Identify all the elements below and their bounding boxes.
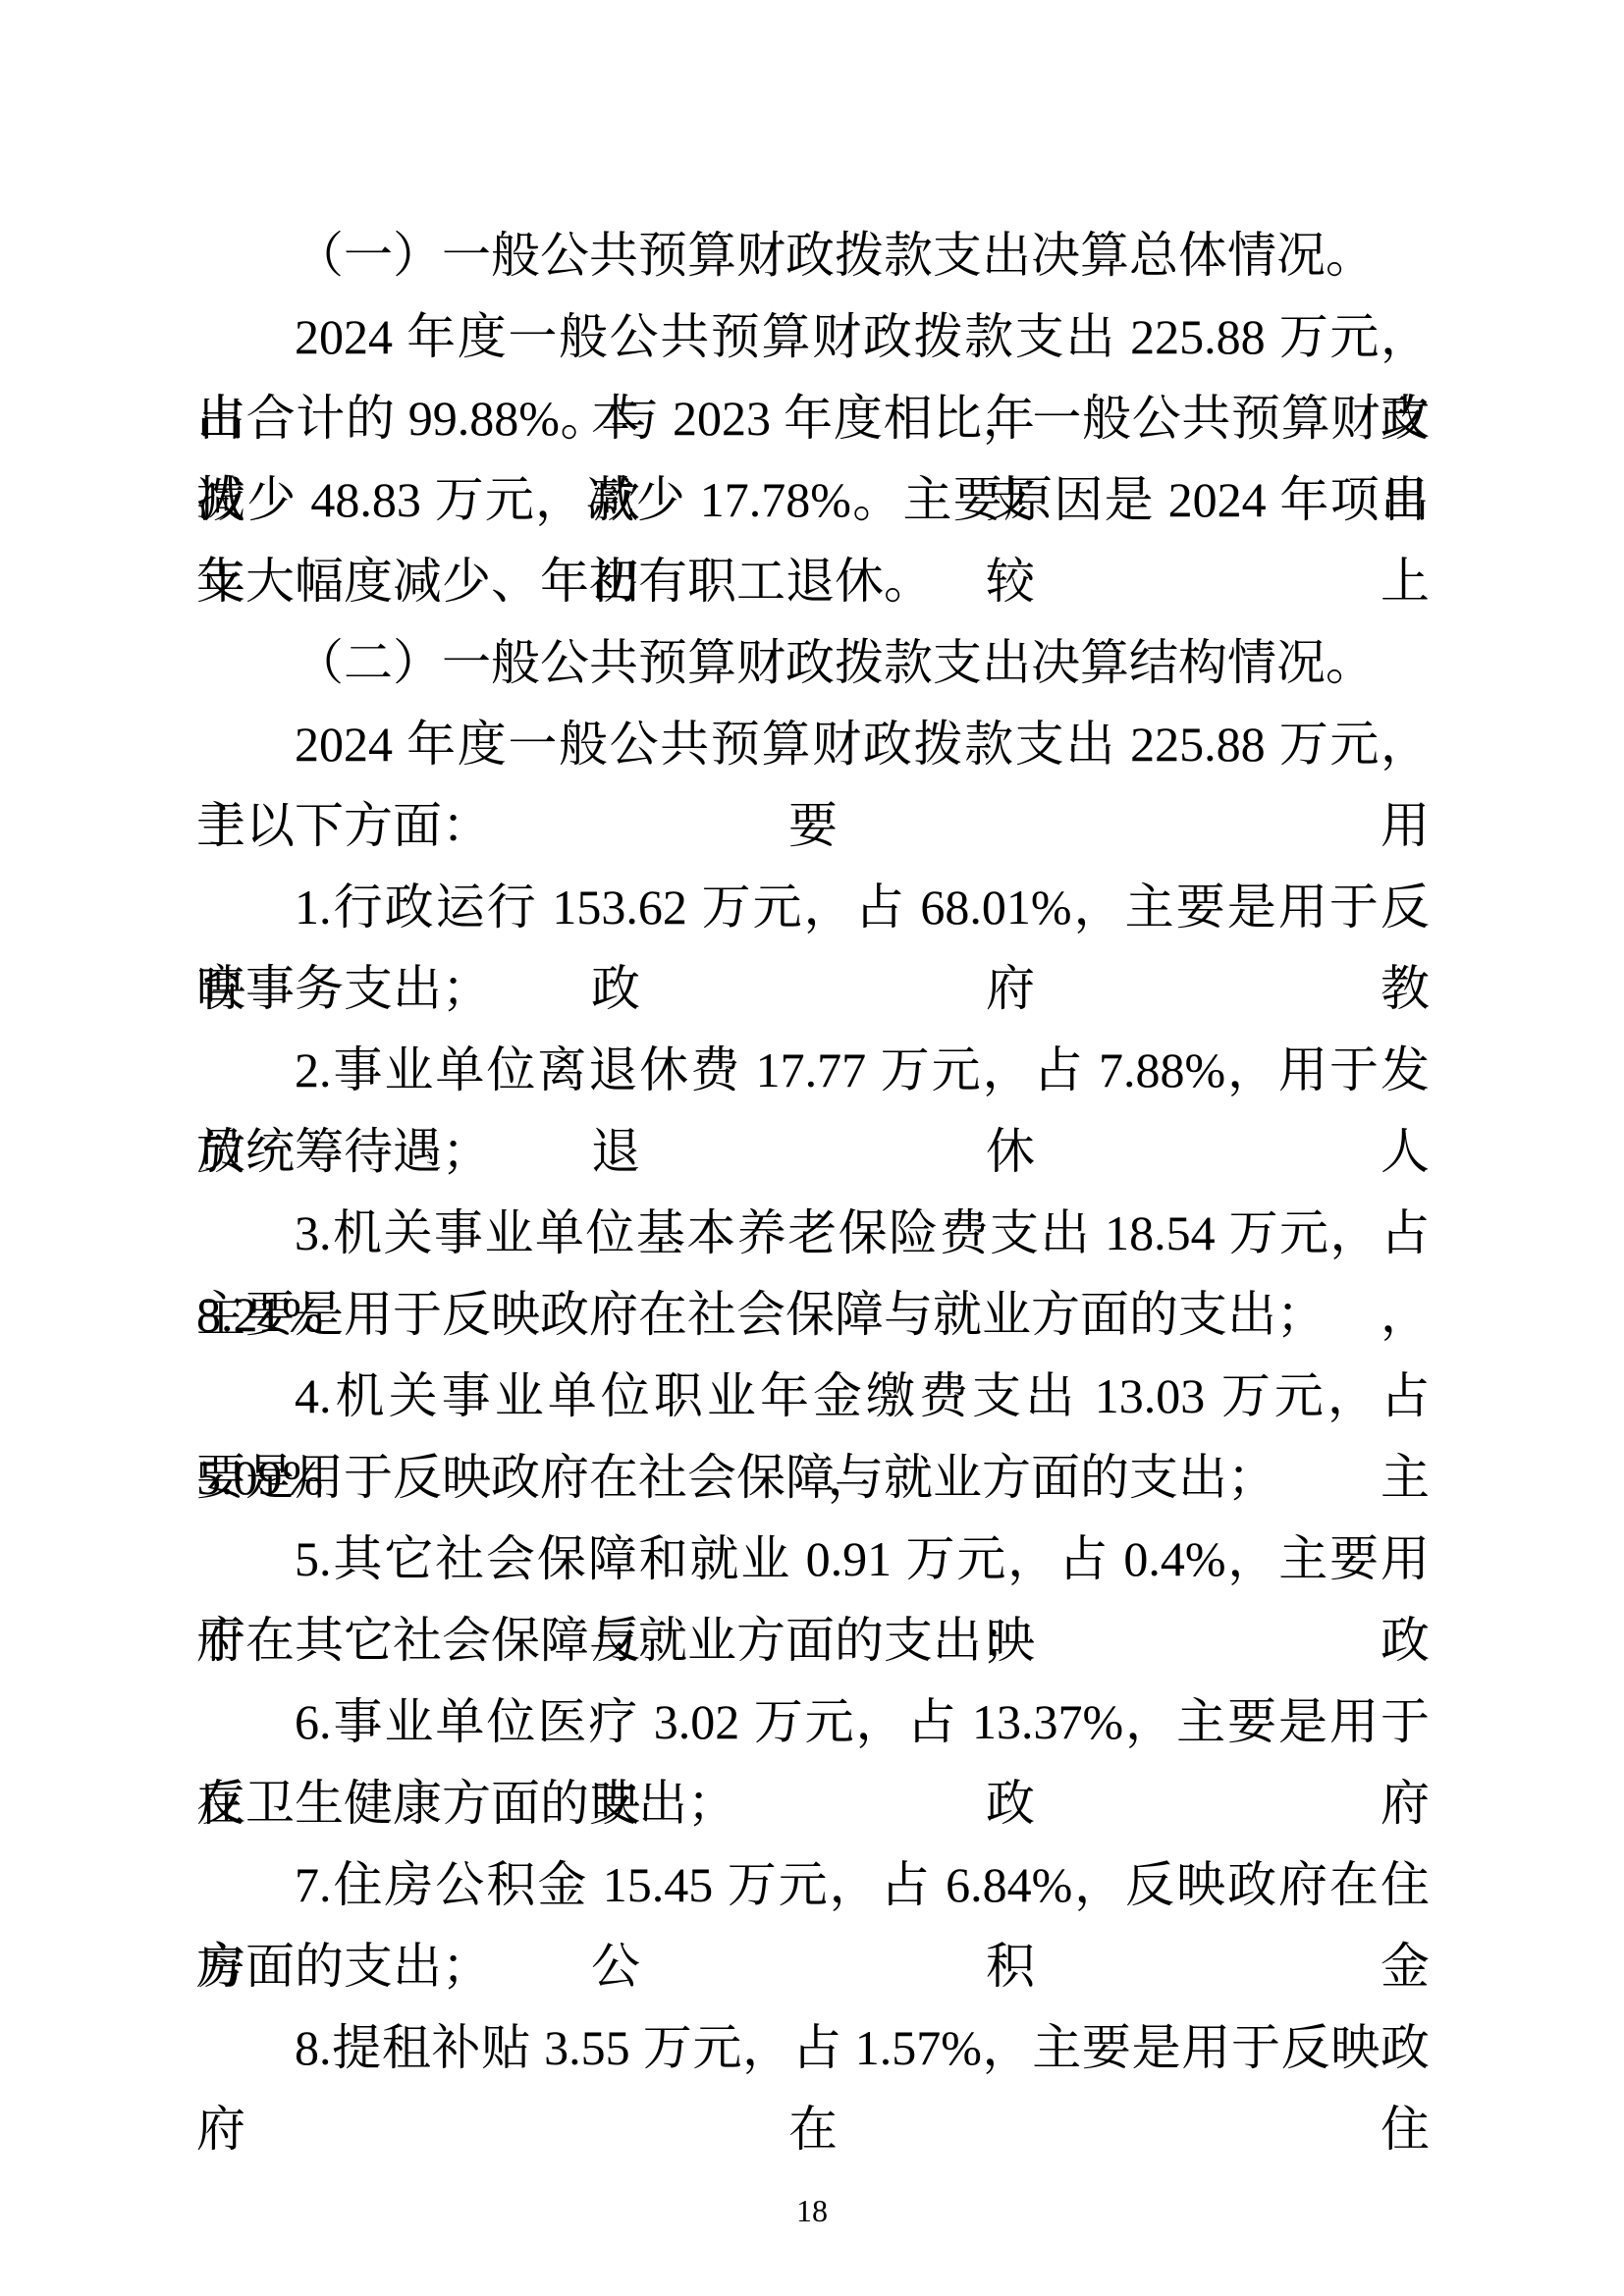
list-item-3-line: 3.机关事业单位基本养老保险费支出 18.54 万元，占 8.21%， [196, 1193, 1430, 1274]
list-item-6-line: 6.事业单位医疗 3.02 万元，占 13.37%，主要是用于反映政府 [196, 1682, 1430, 1763]
text-line: 出合计的 99.88%。与 2023 年度相比，一般公共预算财政拨款支出 [196, 378, 1430, 459]
document-page: （一）一般公共预算财政拨款支出决算总体情况。 2024 年度一般公共预算财政拨款… [0, 0, 1624, 2296]
text-line: 2024 年度一般公共预算财政拨款支出 225.88 万元，主要用 [196, 704, 1430, 785]
list-item-1-line: 1.行政运行 153.62 万元，占 68.01%，主要是用于反映政府教 [196, 867, 1430, 948]
section-heading-2: （二）一般公共预算财政拨款支出决算结构情况。 [196, 622, 1430, 704]
list-item-5-line: 5.其它社会保障和就业 0.91 万元，占 0.4%，主要用于反映政 [196, 1519, 1430, 1600]
list-item-4-line: 要是用于反映政府在社会保障与就业方面的支出； [196, 1437, 1430, 1519]
page-number: 18 [0, 2191, 1624, 2230]
list-item-2-line: 2.事业单位离退休费 17.77 万元，占 7.88%，用于发放退休人 [196, 1030, 1430, 1111]
list-item-4-line: 4.机关事业单位职业年金缴费支出 13.03 万元，占 5.09%，主 [196, 1356, 1430, 1437]
list-item-8-line: 8.提租补贴 3.55 万元，占 1.57%，主要是用于反映政府在住 [196, 2007, 1430, 2089]
list-item-7-line: 7.住房公积金 15.45 万元，占 6.84%，反映政府在住房公积金 [196, 1844, 1430, 1926]
document-body: （一）一般公共预算财政拨款支出决算总体情况。 2024 年度一般公共预算财政拨款… [196, 215, 1430, 2089]
list-item-3-line: 主要是用于反映政府在社会保障与就业方面的支出； [196, 1274, 1430, 1356]
text-line: 减少 48.83 万元，减少 17.78%。主要原因是 2024 年项目支出较上 [196, 459, 1430, 541]
text-line: 2024 年度一般公共预算财政拨款支出 225.88 万元，占本年支 [196, 296, 1430, 378]
section-heading-1: （一）一般公共预算财政拨款支出决算总体情况。 [196, 215, 1430, 296]
